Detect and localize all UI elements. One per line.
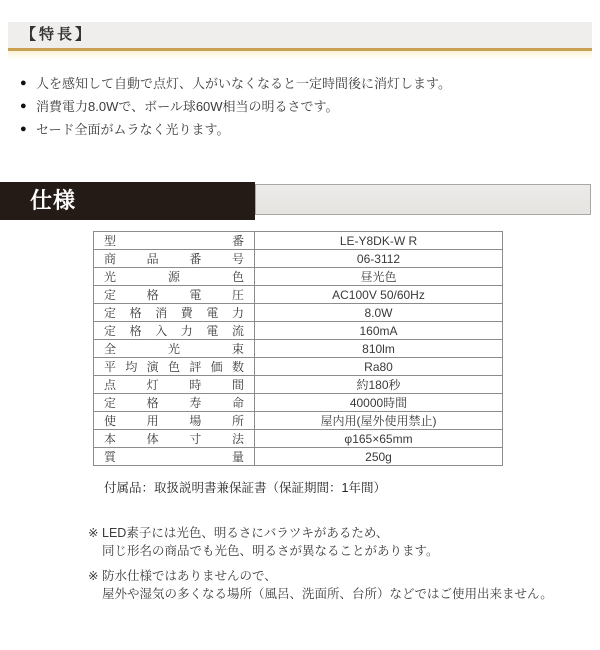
note-line: 屋外や湿気の多くなる場所（風呂、洗面所、台所）などではご使用出来ません。: [102, 587, 553, 601]
note-marker: ※: [88, 567, 102, 603]
note-text: LED素子には光色、明るさにバラツキがあるため、 同じ形名の商品でも光色、明るさ…: [102, 524, 439, 560]
spec-value: Ra80: [255, 358, 503, 376]
features-title: 【特長】: [8, 22, 592, 48]
feature-item: ● 消費電力8.0Wで、ボール球60W相当の明るさです。: [20, 95, 580, 118]
spec-value: AC100V 50/60Hz: [255, 286, 503, 304]
table-row: 定格寿命 40000時間: [94, 394, 503, 412]
spec-value: 40000時間: [255, 394, 503, 412]
table-row: 全光束 810lm: [94, 340, 503, 358]
note-line: LED素子には光色、明るさにバラツキがあるため、: [102, 526, 388, 540]
table-row: 商品番号 06-3112: [94, 250, 503, 268]
spec-label: 質量: [94, 448, 255, 466]
spec-value: φ165×65mm: [255, 430, 503, 448]
features-list: ● 人を感知して自動で点灯、人がいなくなると一定時間後に消灯します。 ● 消費電…: [20, 72, 580, 141]
product-spec-page: 【特長】 ● 人を感知して自動で点灯、人がいなくなると一定時間後に消灯します。 …: [0, 0, 600, 650]
note-item: ※ LED素子には光色、明るさにバラツキがあるため、 同じ形名の商品でも光色、明…: [88, 524, 588, 560]
spec-label: 光源色: [94, 268, 255, 286]
features-header: 【特長】: [8, 22, 592, 51]
notes-list: ※ LED素子には光色、明るさにバラツキがあるため、 同じ形名の商品でも光色、明…: [88, 524, 588, 610]
table-row: 定格電圧 AC100V 50/60Hz: [94, 286, 503, 304]
spec-header: 仕様: [0, 182, 600, 220]
feature-item: ● 人を感知して自動で点灯、人がいなくなると一定時間後に消灯します。: [20, 72, 580, 95]
spec-label: 本体寸法: [94, 430, 255, 448]
spec-label: 商品番号: [94, 250, 255, 268]
spec-label: 点灯時間: [94, 376, 255, 394]
spec-value: 8.0W: [255, 304, 503, 322]
table-row: 本体寸法 φ165×65mm: [94, 430, 503, 448]
spec-label: 平均演色評価数: [94, 358, 255, 376]
spec-value: 約180秒: [255, 376, 503, 394]
note-text: 防水仕様ではありませんので、 屋外や湿気の多くなる場所（風呂、洗面所、台所）など…: [102, 567, 553, 603]
spec-value: LE-Y8DK-W R: [255, 232, 503, 250]
table-row: 平均演色評価数 Ra80: [94, 358, 503, 376]
spec-value: 160mA: [255, 322, 503, 340]
spec-header-bar: [255, 184, 591, 215]
spec-label: 定格寿命: [94, 394, 255, 412]
feature-text: 人を感知して自動で点灯、人がいなくなると一定時間後に消灯します。: [36, 72, 451, 95]
note-line: 防水仕様ではありませんので、: [102, 569, 277, 583]
spec-label: 定格消費電力: [94, 304, 255, 322]
table-row: 点灯時間 約180秒: [94, 376, 503, 394]
spec-label: 定格電圧: [94, 286, 255, 304]
feature-text: セード全面がムラなく光ります。: [36, 118, 229, 141]
note-line: 同じ形名の商品でも光色、明るさが異なることがあります。: [102, 544, 439, 558]
table-row: 定格消費電力 8.0W: [94, 304, 503, 322]
note-marker: ※: [88, 524, 102, 560]
spec-label: 使用場所: [94, 412, 255, 430]
spec-label: 型番: [94, 232, 255, 250]
spec-value: 06-3112: [255, 250, 503, 268]
bullet-icon: ●: [20, 72, 36, 95]
spec-label: 全光束: [94, 340, 255, 358]
table-row: 光源色 昼光色: [94, 268, 503, 286]
spec-value: 昼光色: [255, 268, 503, 286]
table-row: 型番 LE-Y8DK-W R: [94, 232, 503, 250]
spec-header-black-bar: 仕様: [0, 182, 255, 220]
bullet-icon: ●: [20, 95, 36, 118]
bullet-icon: ●: [20, 118, 36, 141]
table-row: 使用場所 屋内用(屋外使用禁止): [94, 412, 503, 430]
spec-value: 810lm: [255, 340, 503, 358]
spec-value: 屋内用(屋外使用禁止): [255, 412, 503, 430]
spec-value: 250g: [255, 448, 503, 466]
features-header-fade: [8, 51, 592, 60]
accessories-note: 付属品：取扱説明書兼保証書（保証期間：1年間）: [104, 478, 564, 496]
spec-label: 定格入力電流: [94, 322, 255, 340]
table-row: 定格入力電流 160mA: [94, 322, 503, 340]
feature-text: 消費電力8.0Wで、ボール球60W相当の明るさです。: [36, 95, 339, 118]
spec-table: 型番 LE-Y8DK-W R 商品番号 06-3112 光源色 昼光色 定格電圧…: [93, 231, 503, 466]
note-item: ※ 防水仕様ではありませんので、 屋外や湿気の多くなる場所（風呂、洗面所、台所）…: [88, 567, 588, 603]
feature-item: ● セード全面がムラなく光ります。: [20, 118, 580, 141]
spec-title: 仕様: [0, 182, 255, 220]
table-row: 質量 250g: [94, 448, 503, 466]
